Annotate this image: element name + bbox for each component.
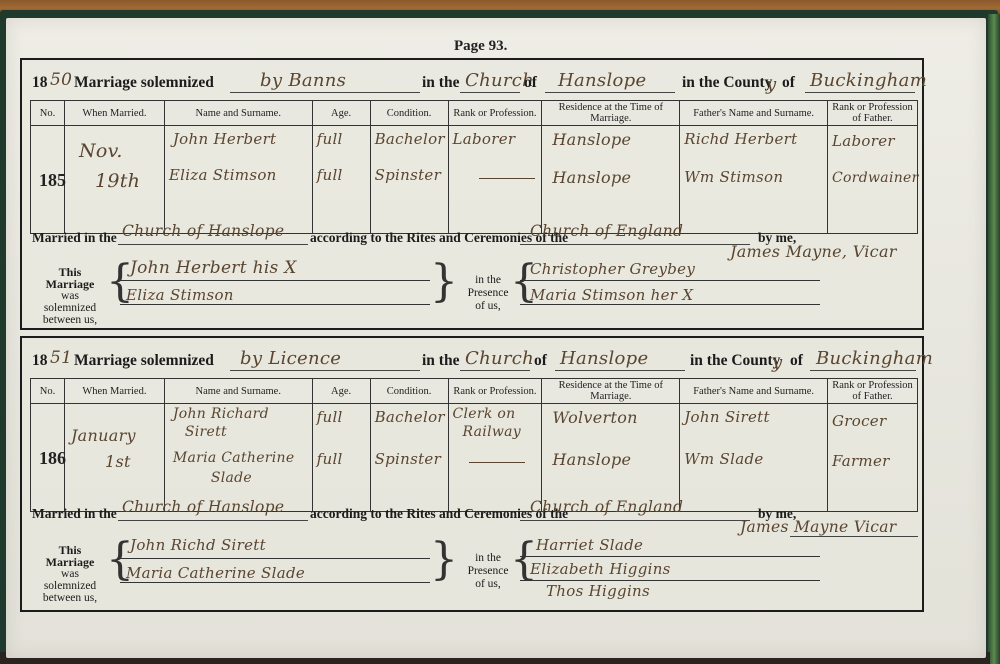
table-header: No. When Married. Name and Surname. Age.… bbox=[31, 101, 918, 126]
cell-condition: Bachelor Spinster bbox=[370, 126, 448, 234]
signature-line bbox=[520, 280, 820, 281]
county-suffix: y bbox=[766, 74, 776, 95]
witness-signature: Thos Higgins bbox=[546, 582, 650, 600]
label-in-the-county: in the County bbox=[682, 74, 772, 92]
rites-of: Church of England bbox=[530, 498, 683, 516]
page-number: Page 93. bbox=[454, 38, 507, 55]
cell-father-name: Richd Herbert Wm Stimson bbox=[680, 126, 828, 234]
col-condition: Condition. bbox=[370, 379, 448, 404]
register-table: No. When Married. Name and Surname. Age.… bbox=[30, 100, 918, 234]
cell-rank: Laborer bbox=[448, 126, 542, 234]
year-prefix: 18 bbox=[32, 74, 48, 92]
col-age: Age. bbox=[312, 379, 370, 404]
solemnized-by: by Banns bbox=[260, 70, 346, 91]
married-in-line: Married in the Church of Hanslope accord… bbox=[30, 220, 914, 250]
presence-label: in the Presence of us, bbox=[460, 274, 516, 313]
label-of: of bbox=[790, 352, 803, 370]
underline bbox=[520, 244, 750, 245]
cell-residence: Hanslope Hanslope bbox=[542, 126, 680, 234]
entry-header: 18 50 Marriage solemnized by Banns in th… bbox=[30, 70, 914, 96]
marriage-entry-185: 18 50 Marriage solemnized by Banns in th… bbox=[20, 58, 924, 330]
underline bbox=[810, 370, 916, 371]
table-header: No. When Married. Name and Surname. Age.… bbox=[31, 379, 918, 404]
col-when-married: When Married. bbox=[64, 101, 164, 126]
underline bbox=[460, 370, 530, 371]
county: Buckingham bbox=[816, 348, 933, 369]
blank-dash bbox=[479, 178, 535, 179]
solemnized-by: by Licence bbox=[240, 348, 341, 369]
label-of: of bbox=[782, 74, 795, 92]
label-of: of bbox=[534, 352, 547, 370]
bride-surname: Slade bbox=[211, 470, 252, 486]
cell-father-rank: Laborer Cordwainer bbox=[828, 126, 918, 234]
cell-when-married: Nov. 19th bbox=[64, 126, 164, 234]
county: Buckingham bbox=[810, 70, 927, 91]
underline bbox=[805, 92, 915, 93]
col-condition: Condition. bbox=[370, 101, 448, 126]
signature-line bbox=[520, 304, 820, 305]
groom-name: John Herbert bbox=[173, 130, 277, 148]
col-father-rank: Rank or Profession of Father. bbox=[828, 101, 918, 126]
col-father-rank: Rank or Profession of Father. bbox=[828, 379, 918, 404]
col-rank: Rank or Profession. bbox=[448, 101, 542, 126]
witness-signature: Elizabeth Higgins bbox=[530, 560, 671, 578]
col-father-name: Father's Name and Surname. bbox=[680, 101, 828, 126]
cell-number: 185 bbox=[31, 126, 65, 234]
underline bbox=[545, 92, 675, 93]
blank-dash bbox=[469, 462, 525, 463]
married-in-line: Married in the Church of Hanslope accord… bbox=[30, 496, 914, 526]
col-name: Name and Surname. bbox=[164, 101, 312, 126]
underline bbox=[555, 370, 685, 371]
witness-signature: Harriet Slade bbox=[536, 536, 643, 554]
signature-line bbox=[520, 556, 820, 557]
groom-signature: John Richd Sirett bbox=[130, 536, 266, 554]
witness-signature: Maria Stimson her X bbox=[530, 286, 693, 304]
bride-name: Maria Catherine bbox=[173, 450, 295, 466]
year-suffix: 51 bbox=[50, 348, 72, 368]
label-in-the-county: in the County bbox=[690, 352, 780, 370]
register-table: No. When Married. Name and Surname. Age.… bbox=[30, 378, 918, 512]
right-brace: } bbox=[430, 538, 458, 582]
label-in-the: in the bbox=[422, 352, 459, 370]
groom-surname: Sirett bbox=[185, 424, 227, 440]
label-marriage-solemnized: Marriage solemnized bbox=[74, 352, 214, 370]
bride-name: Eliza Stimson bbox=[169, 166, 277, 184]
col-no: No. bbox=[31, 379, 65, 404]
entry-header: 18 51 Marriage solemnized by Licence in … bbox=[30, 348, 914, 374]
signature-line bbox=[520, 580, 820, 581]
right-brace: } bbox=[430, 260, 458, 304]
underline bbox=[118, 244, 308, 245]
year-prefix: 18 bbox=[32, 352, 48, 370]
signature-line bbox=[120, 558, 430, 559]
col-no: No. bbox=[31, 101, 65, 126]
register-page: Page 93. 18 50 Marriage solemnized by Ba… bbox=[6, 18, 986, 658]
signature-line bbox=[120, 582, 430, 583]
groom-signature: John Herbert his X bbox=[130, 258, 297, 278]
col-residence: Residence at the Time of Marriage. bbox=[542, 101, 680, 126]
book-cover-edge bbox=[988, 14, 1000, 664]
underline bbox=[118, 520, 308, 521]
marriage-entry-186: 18 51 Marriage solemnized by Licence in … bbox=[20, 336, 924, 612]
table-row: 185 Nov. 19th John Herbert Eliza Stimson… bbox=[31, 126, 918, 234]
groom-name: John Richard bbox=[173, 406, 269, 422]
married-in-place: Church of Hanslope bbox=[122, 498, 284, 516]
signature-line bbox=[120, 304, 430, 305]
bride-signature: Maria Catherine Slade bbox=[126, 564, 305, 582]
col-age: Age. bbox=[312, 101, 370, 126]
bride-signature: Eliza Stimson bbox=[126, 286, 234, 304]
solemnized-between-label: This Marriage was solemnized between us, bbox=[34, 266, 106, 326]
col-father-name: Father's Name and Surname. bbox=[680, 379, 828, 404]
underline bbox=[520, 520, 750, 521]
col-residence: Residence at the Time of Marriage. bbox=[542, 379, 680, 404]
underline bbox=[230, 92, 420, 93]
witness-signature: Christopher Greybey bbox=[530, 260, 695, 278]
parish: Hanslope bbox=[558, 70, 646, 91]
cell-names: John Herbert Eliza Stimson bbox=[164, 126, 312, 234]
signatures-block: This Marriage was solemnized between us,… bbox=[30, 256, 914, 326]
married-in-place: Church of Hanslope bbox=[122, 222, 284, 240]
parish: Hanslope bbox=[560, 348, 648, 369]
cell-age: full full bbox=[312, 126, 370, 234]
label-in-the: in the bbox=[422, 74, 459, 92]
label-of: of bbox=[524, 74, 537, 92]
county-suffix: y bbox=[772, 352, 782, 373]
place-type: Church bbox=[465, 348, 534, 369]
presence-label: in the Presence of us, bbox=[460, 552, 516, 591]
rites-of: Church of England bbox=[530, 222, 683, 240]
col-when-married: When Married. bbox=[64, 379, 164, 404]
col-name: Name and Surname. bbox=[164, 379, 312, 404]
label-marriage-solemnized: Marriage solemnized bbox=[74, 74, 214, 92]
year-suffix: 50 bbox=[50, 70, 72, 90]
col-rank: Rank or Profession. bbox=[448, 379, 542, 404]
solemnized-between-label: This Marriage was solemnized between us, bbox=[34, 544, 106, 604]
underline bbox=[230, 370, 420, 371]
signature-line bbox=[120, 280, 430, 281]
underline bbox=[460, 92, 520, 93]
signatures-block: This Marriage was solemnized between us,… bbox=[30, 534, 914, 604]
